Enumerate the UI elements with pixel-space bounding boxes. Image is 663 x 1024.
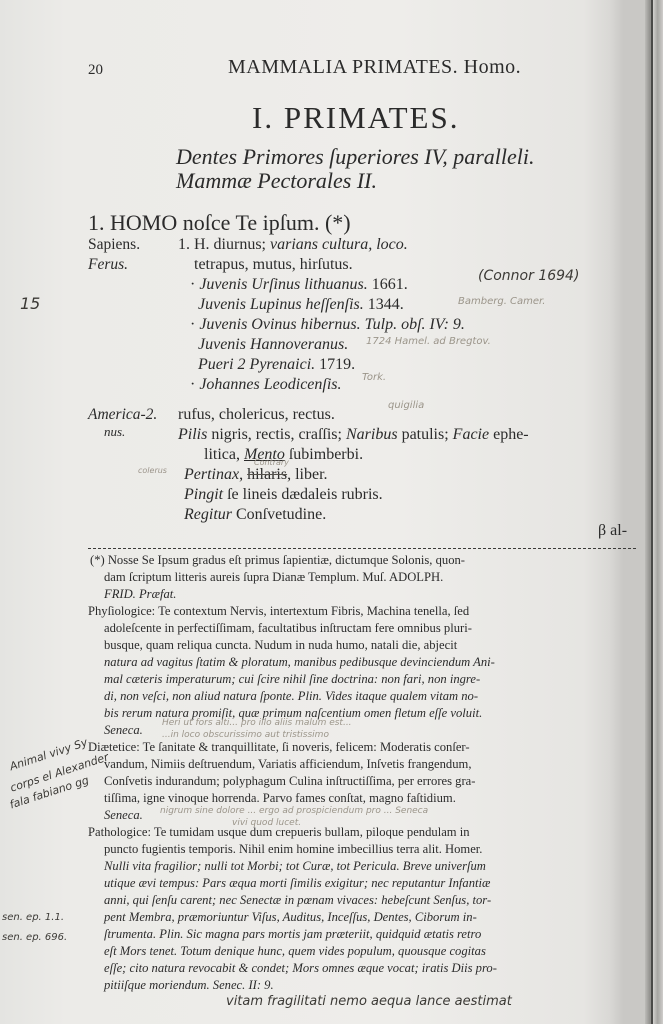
footnote-line-7: natura ad vagitus ſtatim & ploratum, man…	[104, 655, 495, 670]
species-label-ferus: Ferus.	[88, 256, 128, 274]
footnote-line-14: Conſvetis indurandum; polyphagum Culina …	[104, 774, 475, 789]
footnote-line-18: puncto fugientis temporis. Nihil enim ho…	[104, 842, 482, 857]
genus-line-8: · Johannes Leodicenſis.	[190, 376, 342, 394]
footnote-line-20: utique ævi tempus: Pars æqua morti ſimil…	[104, 876, 490, 891]
footnote-line-15: tiſſima, igne vinoque horrenda. Parvo fa…	[104, 791, 456, 806]
americanus-line-6: Regitur Conſvetudine.	[184, 506, 326, 524]
footnote-line-5: adoleſcente in perfectiſſimam, facultati…	[104, 621, 472, 636]
genus-line-2: tetrapus, mutus, hirſutus.	[194, 256, 353, 274]
footnote-line-25: eſſe; cito natura revocabit & condet; Mo…	[104, 961, 497, 976]
footnote-line-13: vandum, Nimiis deſtruendum, Variatis aff…	[104, 757, 471, 772]
genus-heading: 1. HOMO noſce Te ipſum. (*)	[88, 210, 351, 236]
footnote-divider	[88, 548, 636, 549]
footnote-line-26: pitiiſque moriendum. Senec. II: 9.	[104, 978, 274, 993]
footnote-line-17: Pathologice: Te tumidam usque dum crepue…	[88, 825, 470, 840]
footnote-line-24: eſt Mors tenet. Totum denique hunc, quem…	[104, 944, 486, 959]
annotation-lupinus: Bamberg. Camer.	[458, 296, 545, 307]
americanus-line-4: Pertinax, hilaris, liber.	[184, 466, 328, 484]
footnote-line-11: Seneca.	[104, 723, 143, 738]
genus-line-1: 1. H. diurnus; varians cultura, loco.	[178, 236, 408, 254]
footnote-line-12: Diætetice: Te ſanitate & tranquillitate,…	[88, 740, 470, 755]
book-gutter	[645, 0, 663, 1024]
footnote-line-2: dam ſcriptum litteris aureis ſupra Dianæ…	[104, 570, 443, 585]
annotation-pertinax: colerus	[138, 466, 167, 475]
catchword: β al-	[598, 522, 627, 540]
genus-line-4: Juvenis Lupinus heſſenſis. 1344.	[198, 296, 404, 314]
genus-line-3: · Juvenis Urſinus lithuanus. 1661.	[190, 276, 408, 294]
footnote-line-6: busque, quam reliqua cuncta. Nudum in nu…	[104, 638, 457, 653]
annotation-seneca-2: ...in loco obscurissimo aut tristissimo	[162, 730, 329, 740]
footnote-line-23: ſtrumenta. Plin. Sic magna pars mortis j…	[104, 927, 481, 942]
order-character-2: Mammæ Pectorales II.	[176, 168, 377, 194]
species-label-americanus-1: America-2.	[88, 406, 157, 424]
americanus-line-2: Pilis nigris, rectis, craſſis; Naribus p…	[178, 426, 529, 444]
margin-ref-1: sen. ep. 1.1.	[2, 912, 64, 923]
americanus-line-1: rufus, cholericus, rectus.	[178, 406, 335, 424]
annotation-seneca-1: Heri ut fors alti... pro illo aliis malu…	[162, 718, 352, 728]
footnote-line-1: (*) Nosse Se Ipsum gradus eſt primus ſap…	[90, 553, 465, 568]
species-label-americanus-2: nus.	[104, 424, 125, 440]
page-number: 20	[88, 62, 103, 79]
footnote-line-9: di, non veſci, non aliud natura ſponte. …	[104, 689, 478, 704]
footnote-line-8: mal cæteris imperaturum; cui ſcire nihil…	[104, 672, 480, 687]
annotation-hannover: 1724 Hamel. ad Bregtov.	[366, 336, 491, 347]
species-label-sapiens: Sapiens.	[88, 236, 140, 254]
annotation-connor: (Connor 1694)	[478, 268, 579, 284]
footnote-line-22: pent Membra, præmoriuntur Viſus, Auditus…	[104, 910, 477, 925]
margin-ref-2: sen. ep. 696.	[2, 932, 67, 943]
americanus-line-5: Pingit ſe lineis dædaleis rubris.	[184, 486, 383, 504]
footnote-line-21: anni, qui ſenſu carent; nec Senectæ in p…	[104, 893, 491, 908]
genus-line-6: Juvenis Hannoveranus.	[198, 336, 348, 354]
annotation-bottom: vitam fragilitati nemo aequa lance aesti…	[226, 994, 512, 1009]
order-character-1: Dentes Primores ſuperiores IV, paralleli…	[176, 144, 535, 170]
footnote-line-3: FRID. Præfat.	[104, 587, 176, 602]
genus-line-7: Pueri 2 Pyrenaici. 1719.	[198, 356, 355, 374]
section-title: I. PRIMATES.	[252, 100, 459, 136]
gutter-edge-line	[651, 0, 653, 1024]
annotation-seneca-3: nigrum sine dolore ... ergo ad prospicie…	[160, 806, 428, 816]
annotation-americanus: quigilia	[388, 400, 424, 411]
book-page: 20 MAMMALIA PRIMATES. Homo. I. PRIMATES.…	[0, 0, 663, 1024]
annotation-leodicensis: Tork.	[362, 372, 386, 383]
genus-line-5: · Juvenis Ovinus hibernus. Tulp. obſ. IV…	[190, 316, 465, 334]
footnote-line-4: Phyſiologice: Te contextum Nervis, inter…	[88, 604, 469, 619]
margin-note-15: 15	[20, 294, 40, 313]
footnote-line-19: Nulli vita fragilior; nulli tot Morbi; t…	[104, 859, 486, 874]
footnote-line-16: Seneca.	[104, 808, 143, 823]
running-head: MAMMALIA PRIMATES. Homo.	[228, 56, 521, 79]
